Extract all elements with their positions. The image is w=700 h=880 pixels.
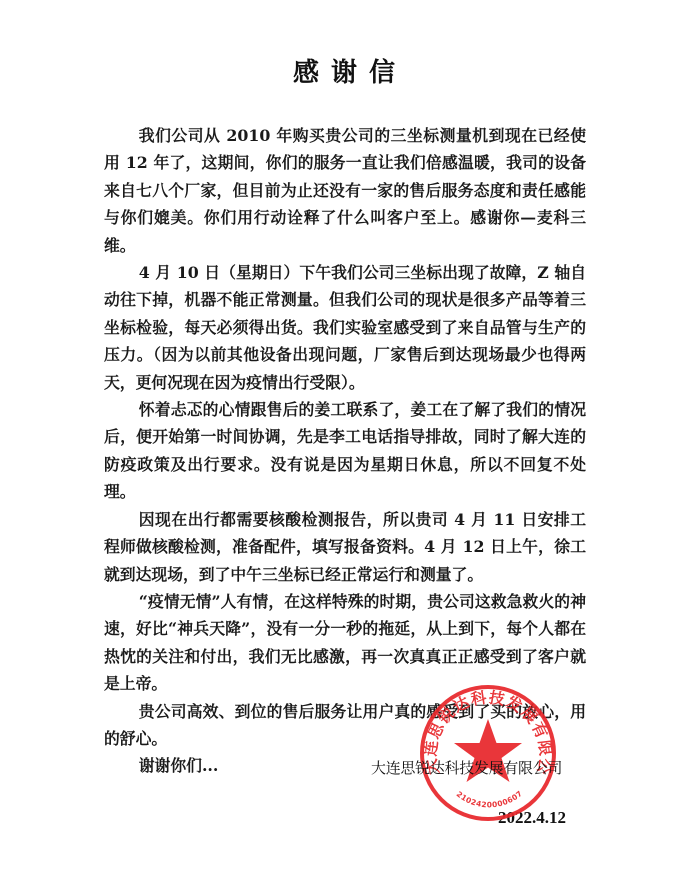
paragraph: 怀着忐忑的心情跟售后的姜工联系了，姜工在了解了我们的情况后，便开始第一时间协调，…	[104, 396, 586, 506]
letter-title: 感谢信	[0, 52, 700, 89]
paragraph: 我们公司从 2010 年购买贵公司的三坐标测量机到现在已经使用 12 年了，这期…	[104, 122, 586, 259]
paragraph: 4 月 10 日（星期日）下午我们公司三坐标出现了故障，Z 轴自动往下掉，机器不…	[104, 259, 586, 396]
seal-number: 2102420000607	[455, 789, 525, 810]
company-seal: 大连思锐达科技发展有限公司 2102420000607	[418, 683, 558, 823]
svg-text:2102420000607: 2102420000607	[455, 789, 525, 810]
paragraph: “疫情无情”人有情，在这样特殊的时期，贵公司这救急救火的神速，好比“神兵天降”，…	[104, 588, 586, 698]
letter-body: 我们公司从 2010 年购买贵公司的三坐标测量机到现在已经使用 12 年了，这期…	[104, 122, 586, 780]
paragraph: 因现在出行都需要核酸检测报告，所以贵司 4 月 11 日安排工程师做核酸检测，准…	[104, 506, 586, 588]
signature-company: 大连思锐达科技发展有限公司	[371, 757, 562, 778]
